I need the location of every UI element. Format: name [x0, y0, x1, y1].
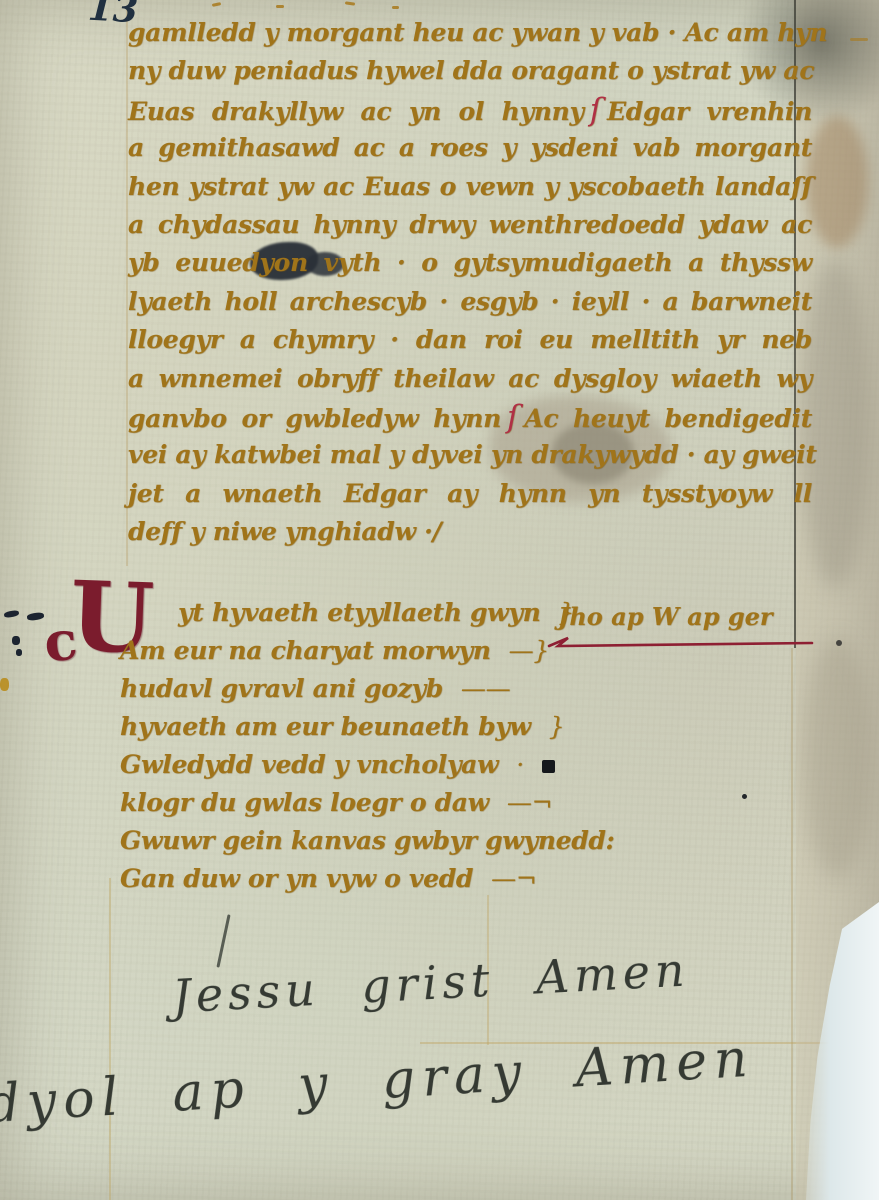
- cropped-text-fragment: [392, 6, 399, 9]
- manuscript-page: 13 gamlledd y morgant heu ac ywan y vab …: [0, 0, 879, 1200]
- colophon-line: Jessu grist Amen: [171, 942, 691, 1023]
- text-line: gamlledd y morgant heu ac ywan y vab · A…: [128, 14, 812, 52]
- margin-dash-mark: [850, 38, 868, 41]
- pigment-speck: [0, 678, 9, 691]
- margin-dot-mark: [16, 649, 22, 656]
- cropped-text-fragment: [276, 5, 284, 8]
- line-filler-mark: —¬: [507, 788, 552, 817]
- text-line: deff y niwe ynghiadw ·/: [128, 513, 812, 551]
- red-paraph-mark: ſ: [507, 399, 518, 435]
- ruled-line-bottom-vertical: [109, 878, 111, 1200]
- text-segment: Ac heuyt bendigedit: [524, 404, 812, 433]
- verse-text: Am eur na charyat morwyn: [120, 636, 491, 665]
- text-line: jet a wnaeth Edgar ay hynn yn tysstyoyw …: [128, 475, 812, 513]
- ruled-right-margin-line-faint: [791, 648, 793, 1200]
- verse-line: Gan duw or yn vyw o vedd—¬: [120, 860, 633, 898]
- text-line: lloegyr a chymry · dan roi eu melltith y…: [128, 321, 812, 359]
- margin-dash-mark: [4, 610, 20, 619]
- text-segment: ganvbo or gwbledyw hynn: [128, 404, 501, 433]
- margin-dot-mark: [12, 636, 20, 645]
- verse-line: hudavl gvravl ani gozyb——: [120, 670, 633, 708]
- text-line: a wnnemei obryff theilaw ac dysgloy wiae…: [128, 360, 812, 398]
- verse-line: Gwledydd vedd y vncholyaw·: [120, 746, 633, 784]
- verse-line: hyvaeth am eur beunaeth byw}: [120, 708, 633, 746]
- main-text-block: gamlledd y morgant heu ac ywan y vab · A…: [128, 14, 812, 551]
- text-segment: Edgar vrenhin: [607, 97, 812, 126]
- verse-line: klogr du gwlas loegr o daw—¬: [120, 784, 633, 822]
- ink-speck: [742, 794, 747, 799]
- verse-text: hyvaeth am eur beunaeth byw: [120, 712, 531, 741]
- verse-text: Gwuwr gein kanvas gwbyr gwynedd:: [120, 826, 615, 855]
- line-filler-mark: ——: [461, 674, 510, 703]
- text-line: Euas drakyllyw ac yn ol hynnyſEdgar vren…: [128, 91, 812, 129]
- line-filler-mark: —}: [509, 636, 549, 665]
- verse-text: Gan duw or yn vyw o vedd: [120, 864, 473, 893]
- verse-text: Gwledydd vedd y vncholyaw: [120, 750, 498, 779]
- text-line: vei ay katwbei mal y dyvei yn drakywydd …: [128, 436, 812, 474]
- rubric-attribution: Jho ap W ap ger: [558, 602, 773, 631]
- cropped-text-fragment: [345, 1, 355, 5]
- red-underline-stroke: [546, 634, 818, 650]
- text-line: ny duw peniadus hywel dda oragant o ystr…: [128, 52, 812, 90]
- text-line: hen ystrat yw ac Euas o vewn y yscobaeth…: [128, 168, 812, 206]
- verse-text: hudavl gvravl ani gozyb: [120, 674, 443, 703]
- text-line: a chydassau hynny drwy wenthredoedd ydaw…: [128, 206, 812, 244]
- line-filler-mark: —¬: [491, 864, 536, 893]
- line-filler-mark: }: [549, 712, 565, 741]
- red-underline: [546, 634, 818, 654]
- text-line: a gemithasawd ac a roes y ysdeni vab mor…: [128, 129, 812, 167]
- verse-line: Gwuwr gein kanvas gwbyr gwynedd:: [120, 822, 633, 860]
- line-filler-mark: ·: [516, 750, 524, 779]
- verse-text: yt hyvaeth etyyllaeth gwyn: [178, 598, 540, 627]
- text-line: ganvbo or gwbledyw hynnſAc heuyt bendige…: [128, 398, 812, 436]
- text-line: lyaeth holl archescyb · esgyb · ieyll · …: [128, 283, 812, 321]
- text-segment: Euas drakyllyw ac yn ol hynny: [128, 97, 584, 126]
- red-paraph-mark: ſ: [590, 92, 601, 128]
- verse-line: yt hyvaeth etyyllaeth gwyn}: [120, 594, 633, 632]
- pen-stroke-mark: [216, 914, 230, 967]
- cropped-text-fragment: [212, 2, 221, 7]
- verse-text: klogr du gwlas loegr o daw: [120, 788, 489, 817]
- colophon-line: dyol ap y gray Amen: [0, 1029, 756, 1136]
- text-line: yb euuedyon vyth · o gytsymudigaeth a th…: [128, 244, 812, 282]
